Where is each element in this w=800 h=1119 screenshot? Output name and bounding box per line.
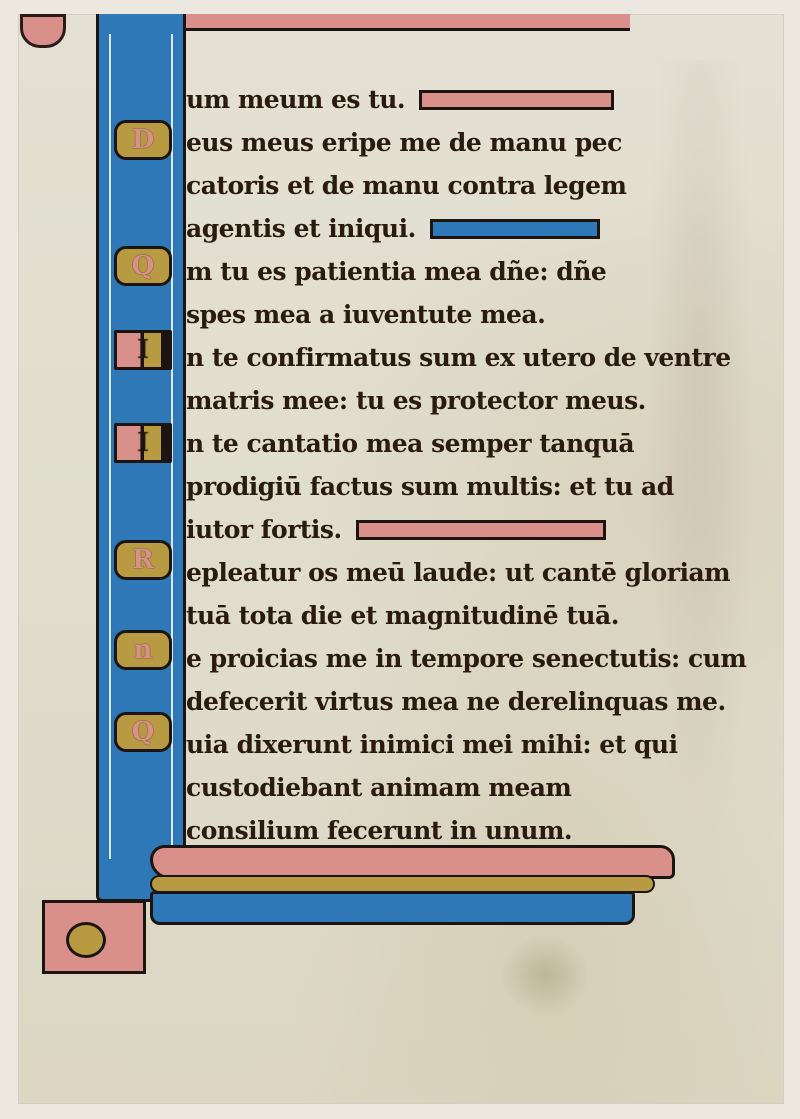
stem-white-line xyxy=(109,34,111,859)
text-line: n te confirmatus sum ex utero de ventre xyxy=(186,336,716,379)
text-line: epleatur os meū laude: ut cantē gloriam xyxy=(186,551,716,594)
text-line: custodiebant animam meam xyxy=(186,766,716,809)
text-line: m tu es patientia mea dñe: dñe xyxy=(186,250,716,293)
line-filler-pink xyxy=(419,90,614,110)
parchment-damage xyxy=(500,935,590,1015)
text-line: spes mea a iuventute mea. xyxy=(186,293,716,336)
line-filler-blue xyxy=(430,219,600,239)
foot-blue-band xyxy=(150,891,635,925)
line-filler-pink xyxy=(356,520,606,540)
initial-l-foot xyxy=(150,845,695,930)
versal-initial-i: I xyxy=(114,423,172,463)
text-block: um meum es tu. eus meus eripe me de manu… xyxy=(186,78,716,852)
text-line: consilium fecerunt in unum. xyxy=(186,809,716,852)
text-line: um meum es tu. xyxy=(186,78,716,121)
text-line: n te cantatio mea semper tanquā xyxy=(186,422,716,465)
text-line: agentis et iniqui. xyxy=(186,207,716,250)
versal-initial-i: I xyxy=(114,330,172,370)
text-line: uia dixerunt inimici mei mihi: et qui xyxy=(186,723,716,766)
versal-initial-r: R xyxy=(114,540,172,580)
text-line: defecerit virtus mea ne derelinquas me. xyxy=(186,680,716,723)
versal-initial-n: n xyxy=(114,630,172,670)
text-line: e proicias me in tempore senectutis: cum xyxy=(186,637,716,680)
initial-top-curl xyxy=(20,14,66,48)
text-line: iutor fortis. xyxy=(186,508,716,551)
versal-initial-q: Q xyxy=(114,712,172,752)
versal-initial-d: D xyxy=(114,120,172,160)
versal-initial-q: Q xyxy=(114,246,172,286)
text-line: prodigiū factus sum multis: et tu ad xyxy=(186,465,716,508)
text-line: matris mee: tu es protector meus. xyxy=(186,379,716,422)
text-line: catoris et de manu contra legem xyxy=(186,164,716,207)
text-line: tuā tota die et magnitudinē tuā. xyxy=(186,594,716,637)
text-line: eus meus eripe me de manu pec xyxy=(186,121,716,164)
initial-foot-gold-ball xyxy=(66,922,106,958)
initial-top-bar xyxy=(120,14,630,31)
